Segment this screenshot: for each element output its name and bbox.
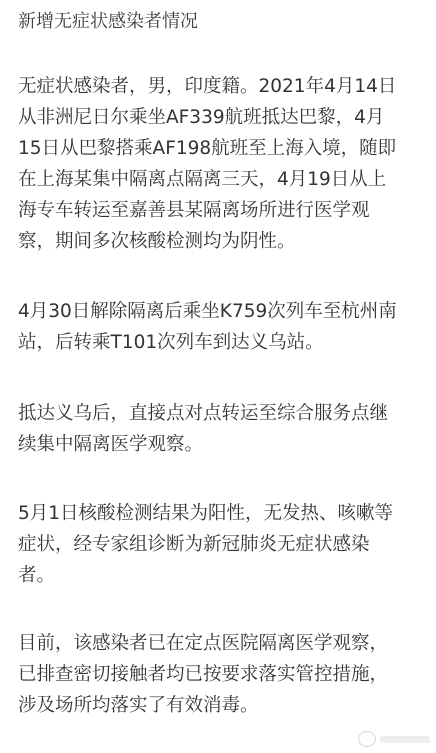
text-line: 5月1日核酸检测结果为阳性，无发热、咳嗽等 (18, 498, 393, 529)
weibo-icon (358, 731, 376, 747)
text-line: 4月30日解除隔离后乘坐K759次列车至杭州南 (18, 296, 397, 327)
text-line: 者。 (18, 560, 393, 591)
text-line: 续集中隔离医学观察。 (18, 429, 388, 460)
text-line: 察，期间多次核酸检测均为阴性。 (18, 226, 396, 257)
text-line: 已排查密切接触者均已按要求落实管控措施， (18, 659, 388, 690)
paragraph-current-status: 目前，该感染者已在定点医院隔离医学观察， 已排查密切接触者均已按要求落实管控措施… (18, 628, 388, 721)
text-line: 从非洲尼日尔乘坐AF339航班抵达巴黎，4月 (18, 102, 396, 133)
text-line: 在上海某集中隔离点隔离三天，4月19日从上 (18, 164, 396, 195)
text-line: 症状，经专家组诊断为新冠肺炎无症状感染 (18, 529, 393, 560)
watermark-text-blurred (380, 736, 430, 743)
watermark (358, 731, 430, 747)
paragraph-test-result: 5月1日核酸检测结果为阳性，无发热、咳嗽等 症状，经专家组诊断为新冠肺炎无症状感… (18, 498, 393, 591)
document-title: 新增无症状感染者情况 (18, 8, 198, 36)
text-line: 15日从巴黎搭乘AF198航班至上海入境，随即 (18, 133, 396, 164)
text-line: 无症状感染者，男，印度籍。2021年4月14日 (18, 71, 396, 102)
text-line: 目前，该感染者已在定点医院隔离医学观察， (18, 628, 388, 659)
paragraph-train-travel: 4月30日解除隔离后乘坐K759次列车至杭州南 站，后转乘T101次列车到达义乌… (18, 296, 397, 358)
paragraph-arrival: 抵达义乌后，直接点对点转运至综合服务点继 续集中隔离医学观察。 (18, 398, 388, 460)
text-line: 站，后转乘T101次列车到达义乌站。 (18, 327, 397, 358)
text-line: 涉及场所均落实了有效消毒。 (18, 690, 388, 721)
paragraph-case-details: 无症状感染者，男，印度籍。2021年4月14日 从非洲尼日尔乘坐AF339航班抵… (18, 71, 396, 257)
text-line: 抵达义乌后，直接点对点转运至综合服务点继 (18, 398, 388, 429)
text-line: 海专车转运至嘉善县某隔离场所进行医学观 (18, 195, 396, 226)
